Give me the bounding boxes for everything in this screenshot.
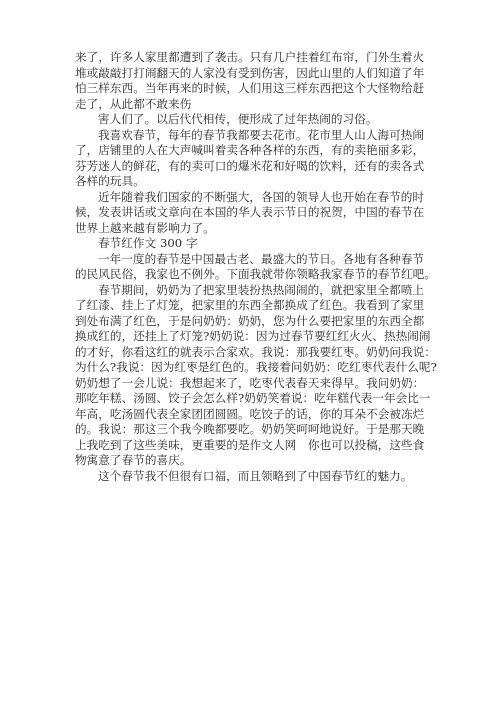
text-line-15: 的民风民俗，我家也不例外。下面我就带你领略我家春节的春节红吧。 [75, 267, 431, 283]
text-line-21: 为什么?我说：因为红枣是红色的。我接着问奶奶：吃红枣代表什么呢? [75, 360, 431, 376]
text-line-27: 物寓意了春节的喜庆。 [75, 453, 431, 469]
text-line-12: 世界上越来越有影响力了。 [75, 221, 431, 237]
text-line-22: 奶奶想了一会儿说：我想起来了，吃枣代表春天来得早。我问奶奶： [75, 376, 431, 392]
text-line-18: 到处布满了红色，于是问奶奶：奶奶，您为什么要把家里的东西全都 [75, 314, 431, 330]
text-line-5: 害人们了。以后代代相传，便形成了过年热闹的习俗。 [75, 112, 431, 128]
document-page: 来了，许多人家里都遭到了袭击。只有几户挂着红布帘，门外生着火 堆或敲敲打打闹翻天… [75, 50, 431, 484]
text-line-8: 芬芳迷人的鲜花，有的卖可口的爆米花和好喝的饮料，还有的卖各式 [75, 159, 431, 175]
paragraph-start-line: 近年随着我们国家的不断强大，各国的领导人也开始在春节的时 [75, 190, 431, 206]
paragraph-start-line: 我喜欢春节，每年的春节我都要去花市。花市里人山人海可热闹 [75, 128, 431, 144]
text-line-26: 上我吃到了这些美味，更重要的是作文人网 你也可以投稿，这些食 [75, 438, 431, 454]
text-line-1: 来了，许多人家里都遭到了袭击。只有几户挂着红布帘，门外生着火 [75, 50, 431, 66]
text-line-20: 的才好，你看这红的就表示合家欢。我说：那我要红枣。奶奶问我说： [75, 345, 431, 361]
text-line-19: 换成红的，还挂上了灯笼?奶奶说：因为过春节要红红火火、热热闹闹 [75, 329, 431, 345]
paragraph-start-line: 这个春节我不但很有口福，而且领略到了中国春节红的魅力。 [75, 469, 431, 485]
text-line-3: 怕三样东西。当年再来的时候，人们用这三样东西把这个大怪物给赶 [75, 81, 431, 97]
text-line-25: 的。我说：那这三个我今晚都要吃。奶奶笑呵呵地说好。于是那天晚 [75, 422, 431, 438]
paragraph-start-line: 一年一度的春节是中国最古老、最盛大的节日。各地有各种春节 [75, 252, 431, 268]
text-line-23: 那吃年糕、汤圆、饺子会怎么样?奶奶笑着说：吃年糕代表一年会比一 [75, 391, 431, 407]
text-line-9: 各样的玩具。 [75, 174, 431, 190]
text-line-2: 堆或敲敲打打闹翻天的人家没有受到伤害，因此山里的人们知道了年 [75, 66, 431, 82]
paragraph-start-line: 春节期间，奶奶为了把家里装扮热热闹闹的，就把家里全都喷上 [75, 283, 431, 299]
text-line-24: 年高，吃汤圆代表全家团团圆圆。吃饺子的话，你的耳朵不会被冻烂 [75, 407, 431, 423]
section-title: 春节红作文 300 字 [75, 236, 431, 252]
text-line-4: 走了，从此都不敢来伤 [75, 97, 431, 113]
text-line-7: 了，店铺里的人在大声喊叫着卖各种各样的东西，有的卖艳丽多彩， [75, 143, 431, 159]
text-line-17: 了红漆、挂上了灯笼，把家里的东西全都换成了红色。我看到了家里 [75, 298, 431, 314]
text-line-11: 候，发表讲话或文章向在本国的华人表示节日的祝贺，中国的春节在 [75, 205, 431, 221]
